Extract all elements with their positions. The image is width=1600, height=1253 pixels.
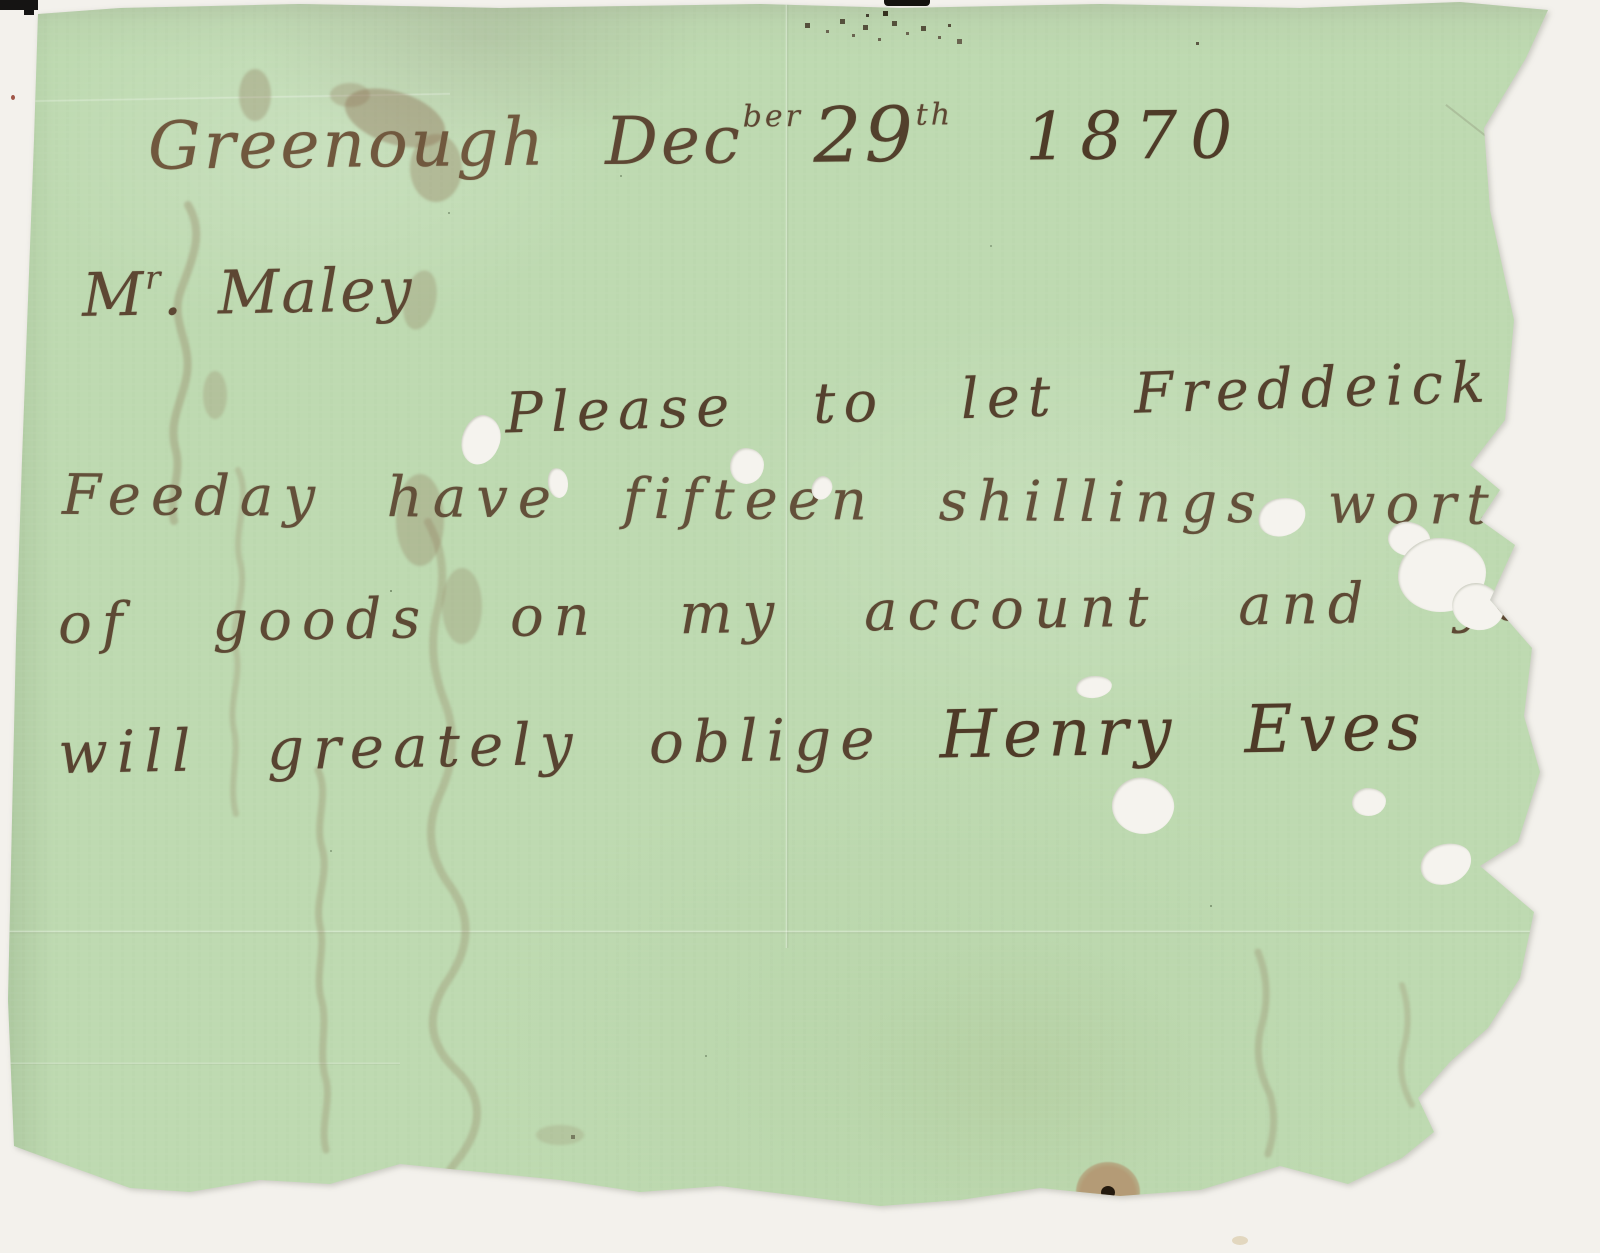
salutation-title-superscript: r bbox=[145, 258, 163, 296]
scanner-black-blob bbox=[884, 0, 930, 6]
place-name: Greenough bbox=[148, 104, 548, 185]
scanned-letter: GreenoughDecber29th1870 Mr.Maley Please … bbox=[0, 0, 1600, 1253]
salutation: Mr.Maley bbox=[81, 255, 414, 331]
body-line-2: Feeday have fifteen shillings worth bbox=[62, 463, 1545, 538]
salutation-name: Maley bbox=[217, 255, 414, 328]
scanner-bed-smudge bbox=[1232, 1236, 1248, 1245]
body-text: Feeday have fifteen shillings worth bbox=[62, 463, 1545, 538]
signature: Henry Eves bbox=[939, 688, 1428, 773]
ink-blot-core bbox=[1101, 1186, 1115, 1199]
date-day: 29 bbox=[813, 90, 917, 180]
scanner-black-bar-nub bbox=[24, 9, 34, 15]
paper-sheet: GreenoughDecber29th1870 Mr.Maley Please … bbox=[0, 0, 1600, 1253]
top-edge-specks bbox=[0, 0, 3, 3]
paper-shadow: GreenoughDecber29th1870 Mr.Maley Please … bbox=[0, 0, 1600, 1253]
dateline: GreenoughDecber29th1870 bbox=[148, 86, 1246, 186]
margin-speck bbox=[11, 95, 15, 100]
salutation-punctuation: . bbox=[162, 259, 184, 329]
date-month-superscript: ber bbox=[742, 99, 803, 135]
date-year: 1870 bbox=[1025, 96, 1246, 175]
date-month: Dec bbox=[605, 102, 744, 180]
salutation-title: M bbox=[81, 260, 146, 331]
date-day-superscript: th bbox=[915, 97, 953, 132]
body-text: will greately oblige bbox=[58, 705, 885, 787]
